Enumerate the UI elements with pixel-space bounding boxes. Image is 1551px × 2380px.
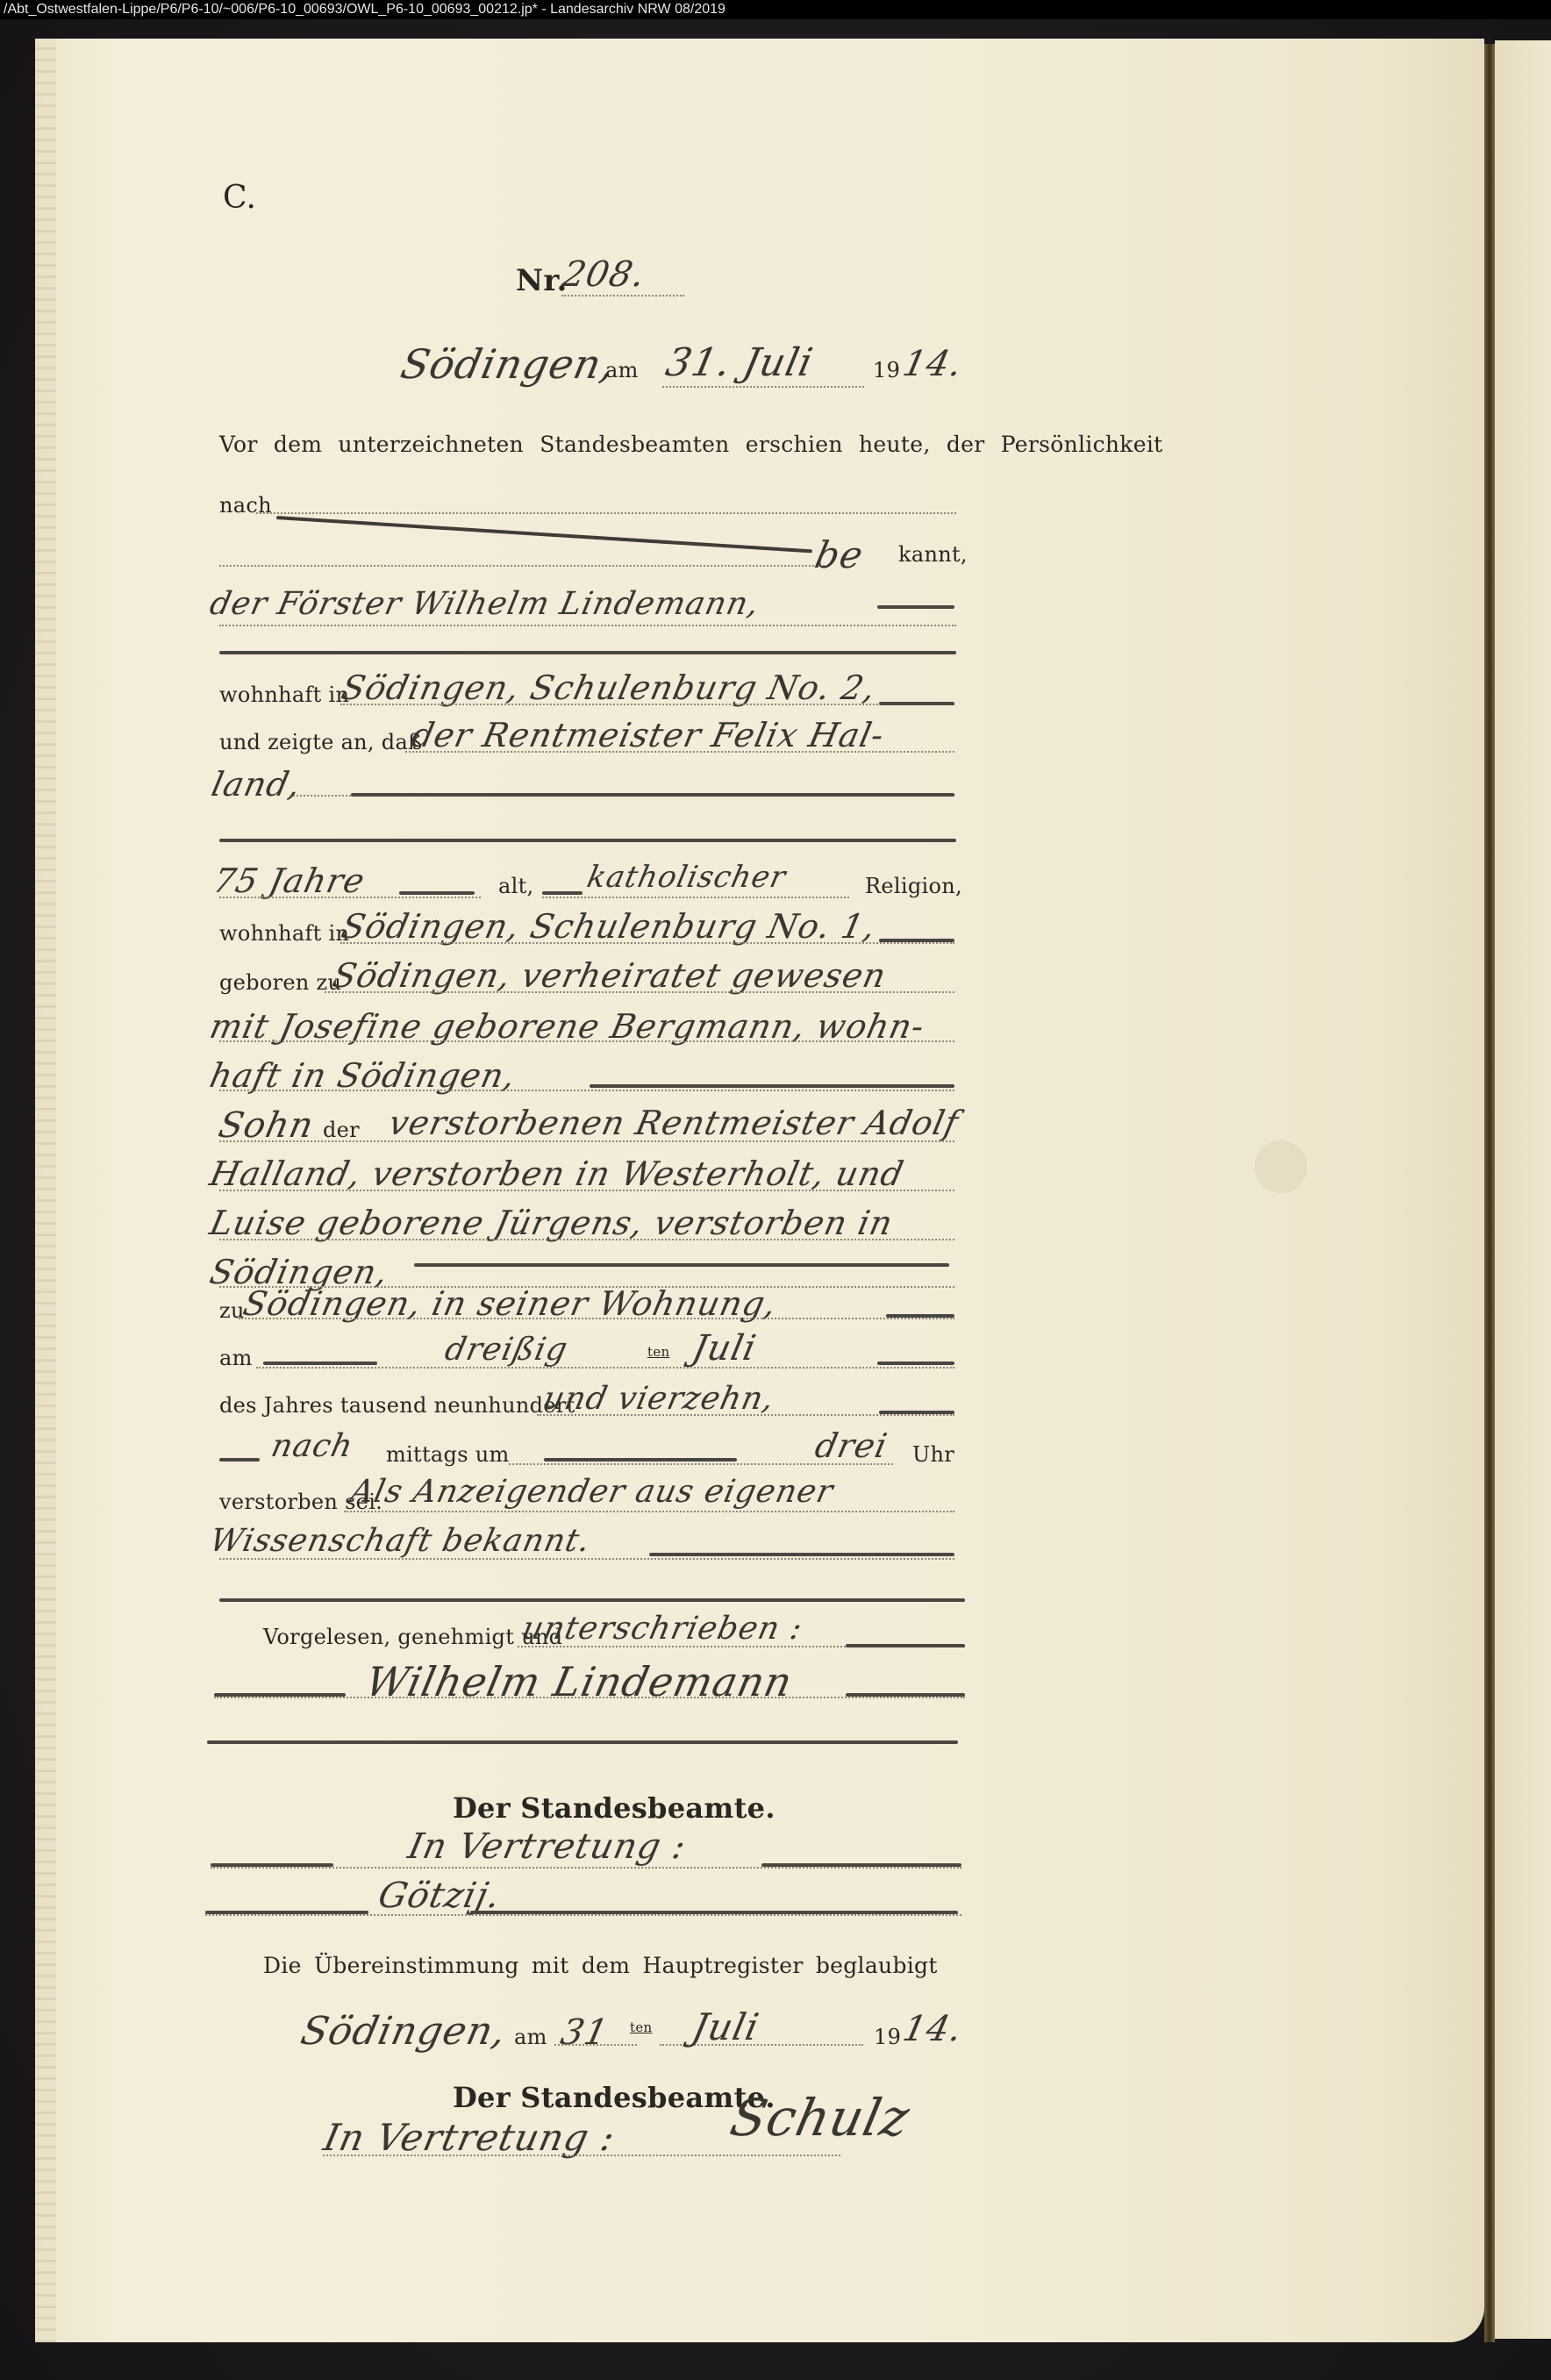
dotted-line [662, 386, 864, 388]
fill-dash [542, 891, 583, 895]
header-year-suffix: 14. [899, 344, 966, 384]
ten-label: ten [647, 1344, 669, 1360]
dotted-line [340, 942, 954, 944]
dotted-line [219, 1239, 954, 1240]
informant-name: der Förster Wilhelm Lindemann, [207, 586, 763, 622]
dotted-line [542, 897, 849, 898]
fill-dash [544, 1458, 737, 1462]
cert-am: am [514, 2025, 547, 2049]
bekannt-print: kannt, [898, 542, 968, 567]
deceased-name-line2: land, [208, 765, 304, 804]
parents-line2: Halland, verstorben in Westerholt, und [206, 1154, 907, 1193]
deceased-residence: Södingen, Schulenburg No. 1, [338, 907, 879, 946]
header-year-prefix: 19 [873, 358, 900, 382]
uhr-label: Uhr [912, 1442, 954, 1467]
parents-line3: Luise geborene Jürgens, verstorben in [206, 1204, 897, 1242]
cert-place: Södingen, [297, 2009, 511, 2054]
dotted-line [219, 1140, 954, 1142]
fill-dash [649, 1553, 954, 1556]
cert-year-prefix: 19 [874, 2025, 901, 2049]
fill-dash [219, 651, 956, 654]
header-date: 31. Juli [662, 340, 818, 385]
der-label: der [323, 1118, 360, 1142]
death-month: Juli [689, 1328, 760, 1369]
cert-ten: ten [630, 2019, 652, 2035]
dotted-line [214, 1697, 965, 1698]
fill-dash [351, 793, 954, 797]
wohnhaft-label: wohnhaft in [219, 683, 349, 707]
religion-label: Religion, [865, 874, 962, 898]
fill-dash [219, 1598, 965, 1602]
header-am: am [605, 358, 639, 382]
deceased-name-line1: der Rentmeister Felix Hal- [408, 716, 888, 754]
dotted-line [405, 751, 954, 753]
geboren-label: geboren zu [219, 970, 341, 995]
dotted-line [219, 1090, 954, 1091]
dotted-line [537, 1414, 954, 1416]
death-day: dreißig [442, 1332, 571, 1368]
fill-dash [219, 839, 956, 842]
dotted-line [325, 991, 954, 993]
parents-line1: verstorbenen Rentmeister Adolf [385, 1104, 962, 1142]
paper-stain [1254, 1140, 1307, 1193]
fill-dash [879, 702, 954, 705]
registrar-title-2: Der Standesbeamte. [453, 2081, 775, 2114]
window-title-bar: /Abt_Ostwestfalen-Lippe/P6/P6-10/~006/P6… [0, 0, 1551, 19]
record-number-value: 208. [559, 254, 649, 295]
alt-label: alt, [498, 874, 533, 898]
fill-dash [877, 1362, 954, 1365]
mittags-label: mittags um [386, 1442, 510, 1467]
fill-dash [879, 1411, 954, 1414]
cert-year-suffix: 14. [899, 2009, 966, 2049]
page-stack-edge [35, 39, 56, 2342]
death-year-words: und vierzehn, [540, 1381, 778, 1417]
certification-text: Die Übereinstimmung mit dem Hauptregiste… [263, 1953, 938, 1978]
registrar-title-1: Der Standesbeamte. [453, 1791, 775, 1825]
cert-day: 31 [557, 2012, 612, 2053]
fill-dash [886, 1314, 954, 1318]
remark-line2: Wissenschaft bekannt. [207, 1523, 594, 1559]
fill-dash [219, 1458, 260, 1462]
dotted-line [219, 1040, 954, 1042]
fill-dash [263, 1362, 377, 1365]
fill-dash [414, 1263, 949, 1267]
nach-hand: nach [268, 1428, 357, 1464]
fill-dash [470, 1911, 958, 1914]
dotted-line [239, 1318, 954, 1319]
next-page-sliver [1495, 40, 1551, 2339]
am-label: am [219, 1346, 253, 1370]
jahres-label: des Jahres tausend neunhundert [219, 1393, 575, 1418]
bekannt-hand: be [811, 533, 868, 576]
cert-month: Juli [689, 2005, 763, 2048]
fill-dash [399, 891, 475, 895]
zeigte-label: und zeigte an, daß [219, 730, 422, 754]
dotted-line [344, 1511, 954, 1512]
vorgelesen-hand: unterschrieben : [519, 1611, 806, 1647]
registrar-deputy-1: In Vertretung : [404, 1826, 690, 1867]
birth-line1: Södingen, verheiratet gewesen [329, 956, 890, 995]
death-hour: drei [811, 1426, 890, 1465]
header-place: Södingen, [397, 340, 619, 388]
religion-value: katholischer [584, 860, 790, 895]
dotted-line [340, 704, 954, 705]
dotted-line [561, 295, 684, 297]
deceased-age: 75 Jahre [210, 861, 368, 900]
dotted-line [256, 512, 956, 514]
fill-dash [761, 1863, 961, 1867]
intro-text: Vor dem unterzeichneten Standesbeamten e… [219, 432, 1162, 457]
fill-dash [207, 1740, 958, 1744]
fill-dash [846, 1644, 965, 1647]
informant-residence: Södingen, Schulenburg No. 2, [338, 668, 879, 707]
dotted-line [211, 1867, 961, 1869]
registrar-deputy-2: In Vertretung : [320, 2116, 619, 2159]
fill-dash [590, 1084, 954, 1088]
fill-dash [846, 1693, 965, 1697]
dotted-line [256, 1367, 954, 1369]
fill-dash [879, 939, 954, 942]
dotted-line [219, 897, 481, 898]
remark-line1: Als Anzeigender aus eigener [347, 1474, 837, 1510]
dotted-line [219, 1558, 954, 1560]
series-letter: C. [223, 180, 256, 216]
registrar-signature-2: Schulz [725, 2088, 916, 2148]
dotted-line [219, 1190, 954, 1191]
wohnhaft2-label: wohnhaft in [219, 921, 349, 946]
dotted-line [205, 1914, 961, 1916]
dotted-line [219, 625, 956, 626]
dotted-line [219, 565, 825, 567]
dotted-line [554, 2044, 637, 2046]
book-gutter [1484, 44, 1495, 2342]
fill-dash [877, 605, 954, 609]
dotted-line [323, 2155, 840, 2156]
